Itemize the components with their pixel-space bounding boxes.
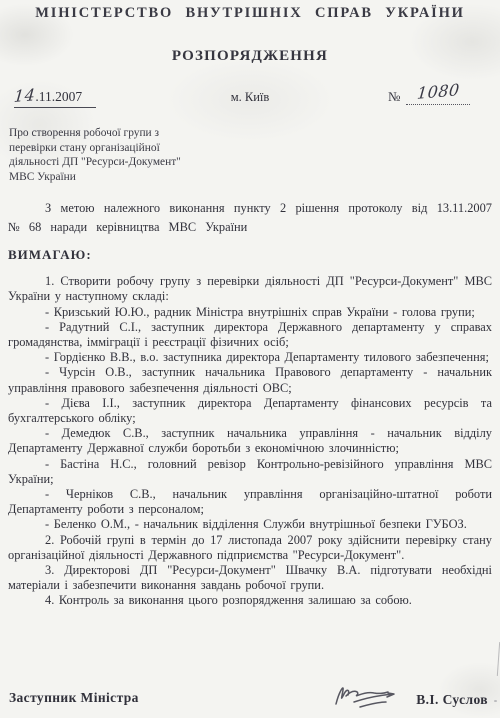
subject-line: Про створення робочої групи з (9, 126, 229, 141)
signature-row: Заступник Міністра В.І. Суслов (0, 686, 500, 716)
scan-artifact-dot (494, 700, 497, 702)
preamble-paragraph: З метою належного виконання пункту 2 ріш… (8, 199, 492, 236)
handwritten-number: 1080 (416, 80, 460, 103)
document-type-title: РОЗПОРЯДЖЕННЯ (0, 48, 500, 65)
subject-block: Про створення робочої групи з перевірки … (9, 126, 229, 184)
member-item: - Дієва І.І., заступник директора Департ… (8, 396, 492, 426)
order-item-2: 2. Робочій групі в термін до 17 листопад… (8, 533, 492, 563)
member-item: - Кризський Ю.Ю., радник Міністра внутрі… (8, 305, 492, 320)
member-item: - Беленко О.М., - начальник відділення С… (8, 517, 492, 532)
document-number-field: 1080 (406, 82, 470, 105)
demand-heading: ВИМАГАЮ: (8, 247, 492, 262)
ministry-header: МІНІСТЕРСТВО ВНУТРІШНІХ СПРАВ УКРАЇНИ (0, 5, 500, 22)
member-item: - Радутний С.І., заступник директора Дер… (8, 320, 492, 350)
subject-line: перевірки стану організаційної (9, 141, 229, 156)
member-item: - Черніков С.В., начальник управління ор… (8, 487, 492, 517)
member-item: - Бастіна Н.С., головний ревізор Контрол… (8, 457, 492, 487)
signatory-name: В.І. Суслов (416, 692, 488, 708)
signatory-position: Заступник Міністра (9, 690, 139, 706)
order-paragraphs: 1. Створити робочу групу з перевірки дія… (8, 274, 492, 608)
number-sign-label: № (388, 89, 400, 105)
date-number-row: 14.11.2007 м. Київ № 1080 (0, 86, 500, 112)
member-item: - Гордієнко В.В., в.о. заступника директ… (8, 350, 492, 365)
subject-line: МВС України (9, 170, 229, 185)
order-item-3: 3. Директорові ДП "Ресурси-Документ" Шва… (8, 563, 492, 593)
document-body: З метою належного виконання пункту 2 ріш… (8, 199, 492, 609)
scanned-directive-page: МІНІСТЕРСТВО ВНУТРІШНІХ СПРАВ УКРАЇНИ РО… (0, 0, 500, 718)
order-item-1: 1. Створити робочу групу з перевірки дія… (8, 274, 492, 304)
order-item-4: 4. Контроль за виконання цього розпорядж… (8, 593, 492, 608)
handwritten-signature-icon (330, 680, 408, 717)
member-item: - Чурсін О.В., заступник начальника Прав… (8, 365, 492, 395)
member-item: - Демедюк С.В., заступник начальника упр… (8, 426, 492, 456)
subject-line: діяльності ДП "Ресурси-Документ" (9, 155, 229, 170)
